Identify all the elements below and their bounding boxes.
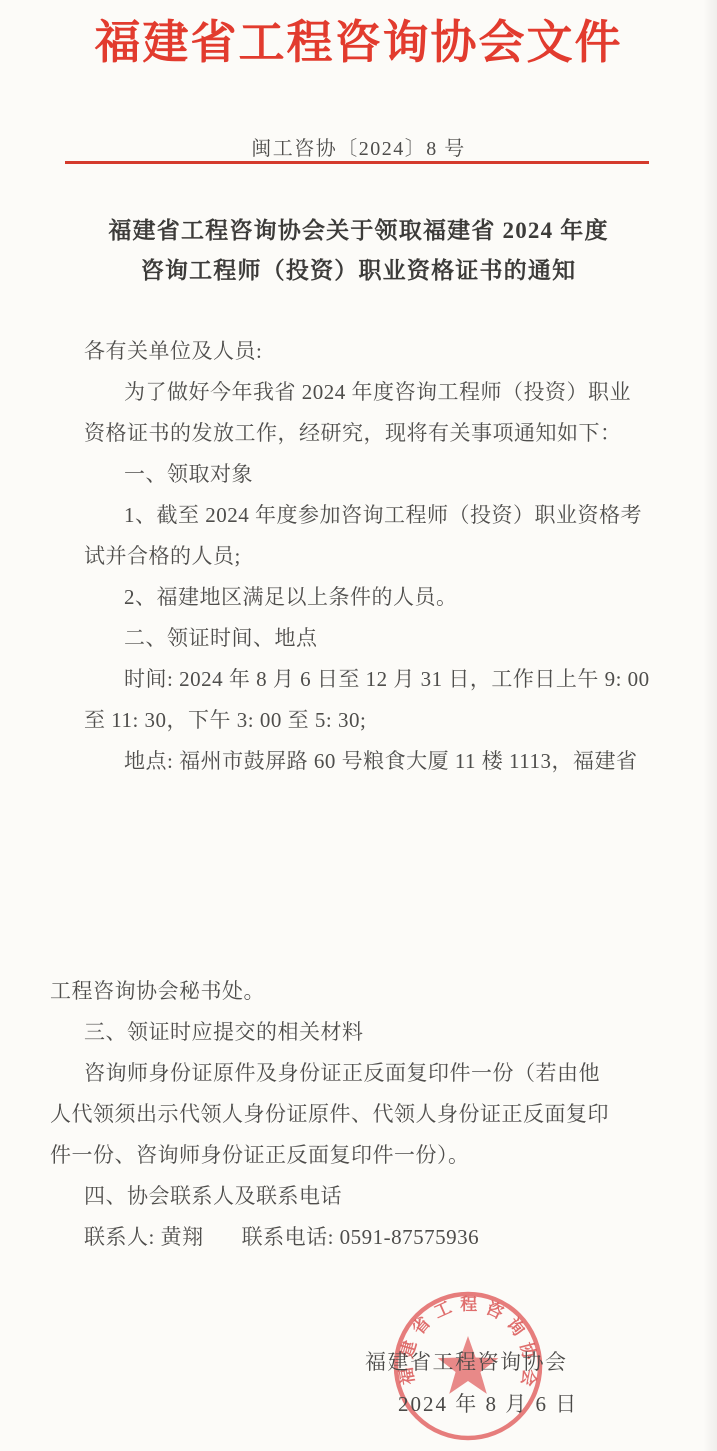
body-page1: 各有关单位及人员: 为了做好今年我省 2024 年度咨询工程师（投资）职业 资格… (84, 331, 664, 782)
scanned-document-page: { "document": { "letterhead": "福建省工程咨询协会… (0, 0, 717, 1451)
body-line: 工程咨询协会秘书处。 (50, 971, 664, 1012)
body-line: 三、领证时应提交的相关材料 (50, 1012, 664, 1053)
body-line: 四、协会联系人及联系电话 (50, 1176, 664, 1217)
body-line: 资格证书的发放工作，经研究，现将有关事项通知如下： (84, 413, 664, 454)
body-line: 各有关单位及人员: (84, 331, 664, 372)
contact-person: 联系人: 黄翔 (84, 1225, 204, 1249)
body-page2: 工程咨询协会秘书处。 三、领证时应提交的相关材料 咨询师身份证原件及身份证正反面… (50, 971, 664, 1258)
body-line: 试并合格的人员; (84, 536, 664, 577)
red-rule-divider (65, 161, 649, 164)
body-line: 时间: 2024 年 8 月 6 日至 12 月 31 日，工作日上午 9: 0… (84, 659, 664, 700)
body-line: 至 11: 30，下午 3: 00 至 5: 30; (84, 700, 664, 741)
body-line: 2、福建地区满足以上条件的人员。 (84, 577, 664, 618)
document-number: 闽工咨协〔2024〕8 号 (0, 132, 717, 161)
body-line: 一、领取对象 (84, 454, 664, 495)
notice-title-line2: 咨询工程师（投资）职业资格证书的通知 (0, 252, 717, 285)
letterhead-title: 福建省工程咨询协会文件 (0, 6, 717, 72)
body-line: 二、领证时间、地点 (84, 618, 664, 659)
body-line: 人代领须出示代领人身份证原件、代领人身份证正反面复印 (50, 1094, 664, 1135)
signature-date: 2024 年 8 月 6 日 (398, 1388, 578, 1418)
signature-org: 福建省工程咨询协会 (365, 1346, 568, 1376)
contact-phone: 联系电话: 0591-87575936 (242, 1225, 480, 1249)
body-line: 件一份、咨询师身份证正反面复印件一份）。 (50, 1135, 664, 1176)
contact-line: 联系人: 黄翔联系电话: 0591-87575936 (50, 1217, 664, 1258)
body-line: 地点: 福州市鼓屏路 60 号粮食大厦 11 楼 1113，福建省 (84, 741, 664, 782)
body-line: 咨询师身份证原件及身份证正反面复印件一份（若由他 (50, 1053, 664, 1094)
body-line: 为了做好今年我省 2024 年度咨询工程师（投资）职业 (84, 372, 664, 413)
notice-title-line1: 福建省工程咨询协会关于领取福建省 2024 年度 (0, 212, 717, 245)
body-line: 1、截至 2024 年度参加咨询工程师（投资）职业资格考 (84, 495, 664, 536)
